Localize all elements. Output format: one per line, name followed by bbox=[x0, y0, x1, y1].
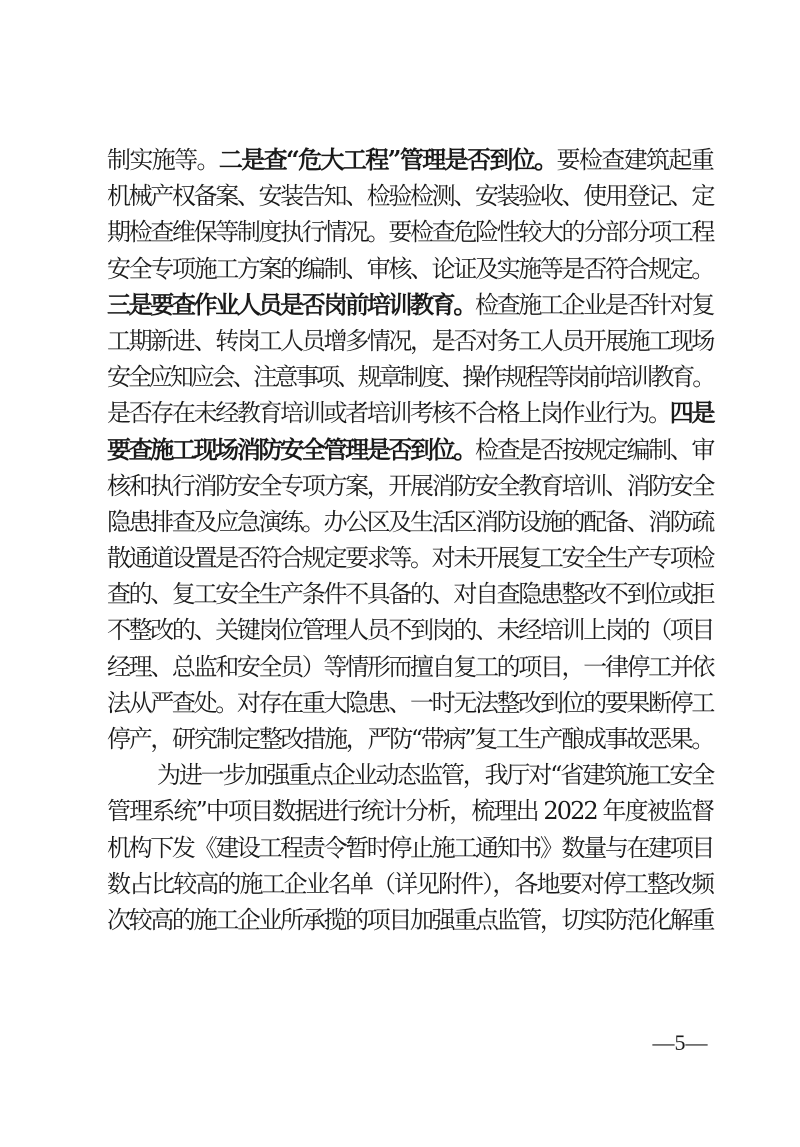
text-line: 安全专项施工方案的编制、审核、论证及实施等是否符合规定。 bbox=[107, 251, 713, 287]
document-body: 制实施等。二是查“危大工程”管理是否到位。要检查建筑起重机械产权备案、安装告知、… bbox=[107, 142, 713, 938]
text-line: 停产，研究制定整改措施，严防“带病”复工生产酿成事故恶果。 bbox=[107, 721, 713, 757]
body-text-segment: 数占比较高的施工企业名单（详见附件），各地要对停工整改频 bbox=[107, 870, 713, 898]
body-text-segment: 管理系统”中项目数据进行统计分析，梳理出 2022 年度被监督 bbox=[107, 797, 713, 825]
body-text-segment: 检查是否按规定编制、审 bbox=[475, 436, 713, 464]
text-line: 工期新进、转岗工人员增多情况，是否对务工人员开展施工现场 bbox=[107, 323, 713, 359]
bold-heading-text: 三是要查作业人员是否岗前培训教育。 bbox=[107, 290, 475, 319]
body-text-segment: 不整改的、关键岗位管理人员不到岗的、未经培训上岗的（项目 bbox=[107, 616, 713, 644]
body-text-segment: 检查施工企业是否针对复 bbox=[475, 291, 713, 319]
body-text-segment: 期检查维保等制度执行情况。要检查危险性较大的分部分项工程 bbox=[107, 218, 713, 246]
body-text-segment: 散通道设置是否符合规定要求等。对未开展复工安全生产专项检 bbox=[107, 544, 713, 572]
text-line: 是否存在未经教育培训或者培训考核不合格上岗作业行为。四是 bbox=[107, 395, 713, 431]
body-text-segment: 工期新进、转岗工人员增多情况，是否对务工人员开展施工现场 bbox=[107, 327, 713, 355]
text-line: 三是要查作业人员是否岗前培训教育。检查施工企业是否针对复 bbox=[107, 287, 713, 323]
bold-heading-text: 四是 bbox=[670, 398, 713, 427]
body-text-segment: 安全应知应会、注意事项、规章制度、操作规程等岗前培训教育。 bbox=[107, 363, 713, 391]
text-line: 管理系统”中项目数据进行统计分析，梳理出 2022 年度被监督 bbox=[107, 793, 713, 829]
document-page: 制实施等。二是查“危大工程”管理是否到位。要检查建筑起重机械产权备案、安装告知、… bbox=[0, 0, 800, 1147]
body-text-segment: 机构下发《建设工程责令暂时停止施工通知书》数量与在建项目 bbox=[107, 834, 713, 862]
text-line: 为进一步加强重点企业动态监管，我厅对“省建筑施工安全 bbox=[107, 757, 713, 793]
text-line: 隐患排查及应急演练。办公区及生活区消防设施的配备、消防疏 bbox=[107, 504, 713, 540]
bold-heading-text: 二是查“危大工程”管理是否到位。 bbox=[219, 145, 557, 174]
text-line: 查的、复工安全生产条件不具备的、对自查隐患整改不到位或拒 bbox=[107, 576, 713, 612]
bold-heading-text: 要查施工现场消防安全管理是否到位。 bbox=[107, 435, 475, 464]
text-line: 要查施工现场消防安全管理是否到位。检查是否按规定编制、审 bbox=[107, 432, 713, 468]
text-line: 不整改的、关键岗位管理人员不到岗的、未经培训上岗的（项目 bbox=[107, 612, 713, 648]
text-line: 法从严查处。对存在重大隐患、一时无法整改到位的要果断停工 bbox=[107, 685, 713, 721]
body-text-segment: 经理、总监和安全员）等情形而擅自复工的项目，一律停工并依 bbox=[107, 653, 713, 681]
body-text-segment: 是否存在未经教育培训或者培训考核不合格上岗作业行为。 bbox=[107, 399, 670, 427]
body-text-segment: 隐患排查及应急演练。办公区及生活区消防设施的配备、消防疏 bbox=[107, 508, 713, 536]
body-text-segment: 次较高的施工企业所承揽的项目加强重点监管，切实防范化解重 bbox=[107, 906, 713, 934]
text-line: 散通道设置是否符合规定要求等。对未开展复工安全生产专项检 bbox=[107, 540, 713, 576]
text-line: 数占比较高的施工企业名单（详见附件），各地要对停工整改频 bbox=[107, 866, 713, 902]
text-line: 机构下发《建设工程责令暂时停止施工通知书》数量与在建项目 bbox=[107, 830, 713, 866]
text-line: 机械产权备案、安装告知、检验检测、安装验收、使用登记、定 bbox=[107, 178, 713, 214]
text-line: 经理、总监和安全员）等情形而擅自复工的项目，一律停工并依 bbox=[107, 649, 713, 685]
body-text-segment: 法从严查处。对存在重大隐患、一时无法整改到位的要果断停工 bbox=[107, 689, 713, 717]
body-text-segment: 机械产权备案、安装告知、检验检测、安装验收、使用登记、定 bbox=[107, 182, 713, 210]
text-line: 次较高的施工企业所承揽的项目加强重点监管，切实防范化解重 bbox=[107, 902, 713, 938]
body-text-segment: 核和执行消防安全专项方案，开展消防安全教育培训、消防安全 bbox=[107, 472, 713, 500]
text-line: 核和执行消防安全专项方案，开展消防安全教育培训、消防安全 bbox=[107, 468, 713, 504]
text-line: 期检查维保等制度执行情况。要检查危险性较大的分部分项工程 bbox=[107, 214, 713, 250]
body-text-segment: 安全专项施工方案的编制、审核、论证及实施等是否符合规定。 bbox=[107, 255, 713, 283]
paragraph: 为进一步加强重点企业动态监管，我厅对“省建筑施工安全管理系统”中项目数据进行统计… bbox=[107, 757, 713, 938]
body-text-segment: 查的、复工安全生产条件不具备的、对自查隐患整改不到位或拒 bbox=[107, 580, 713, 608]
body-text-segment: 要检查建筑起重 bbox=[556, 146, 713, 174]
body-text-segment: 为进一步加强重点企业动态监管，我厅对“省建筑施工安全 bbox=[157, 761, 713, 789]
text-line: 安全应知应会、注意事项、规章制度、操作规程等岗前培训教育。 bbox=[107, 359, 713, 395]
paragraph: 制实施等。二是查“危大工程”管理是否到位。要检查建筑起重机械产权备案、安装告知、… bbox=[107, 142, 713, 757]
body-text-segment: 停产，研究制定整改措施，严防“带病”复工生产酿成事故恶果。 bbox=[107, 725, 713, 753]
page-number: —5— bbox=[640, 1030, 720, 1056]
body-text-segment: 制实施等。 bbox=[107, 146, 219, 174]
text-line: 制实施等。二是查“危大工程”管理是否到位。要检查建筑起重 bbox=[107, 142, 713, 178]
